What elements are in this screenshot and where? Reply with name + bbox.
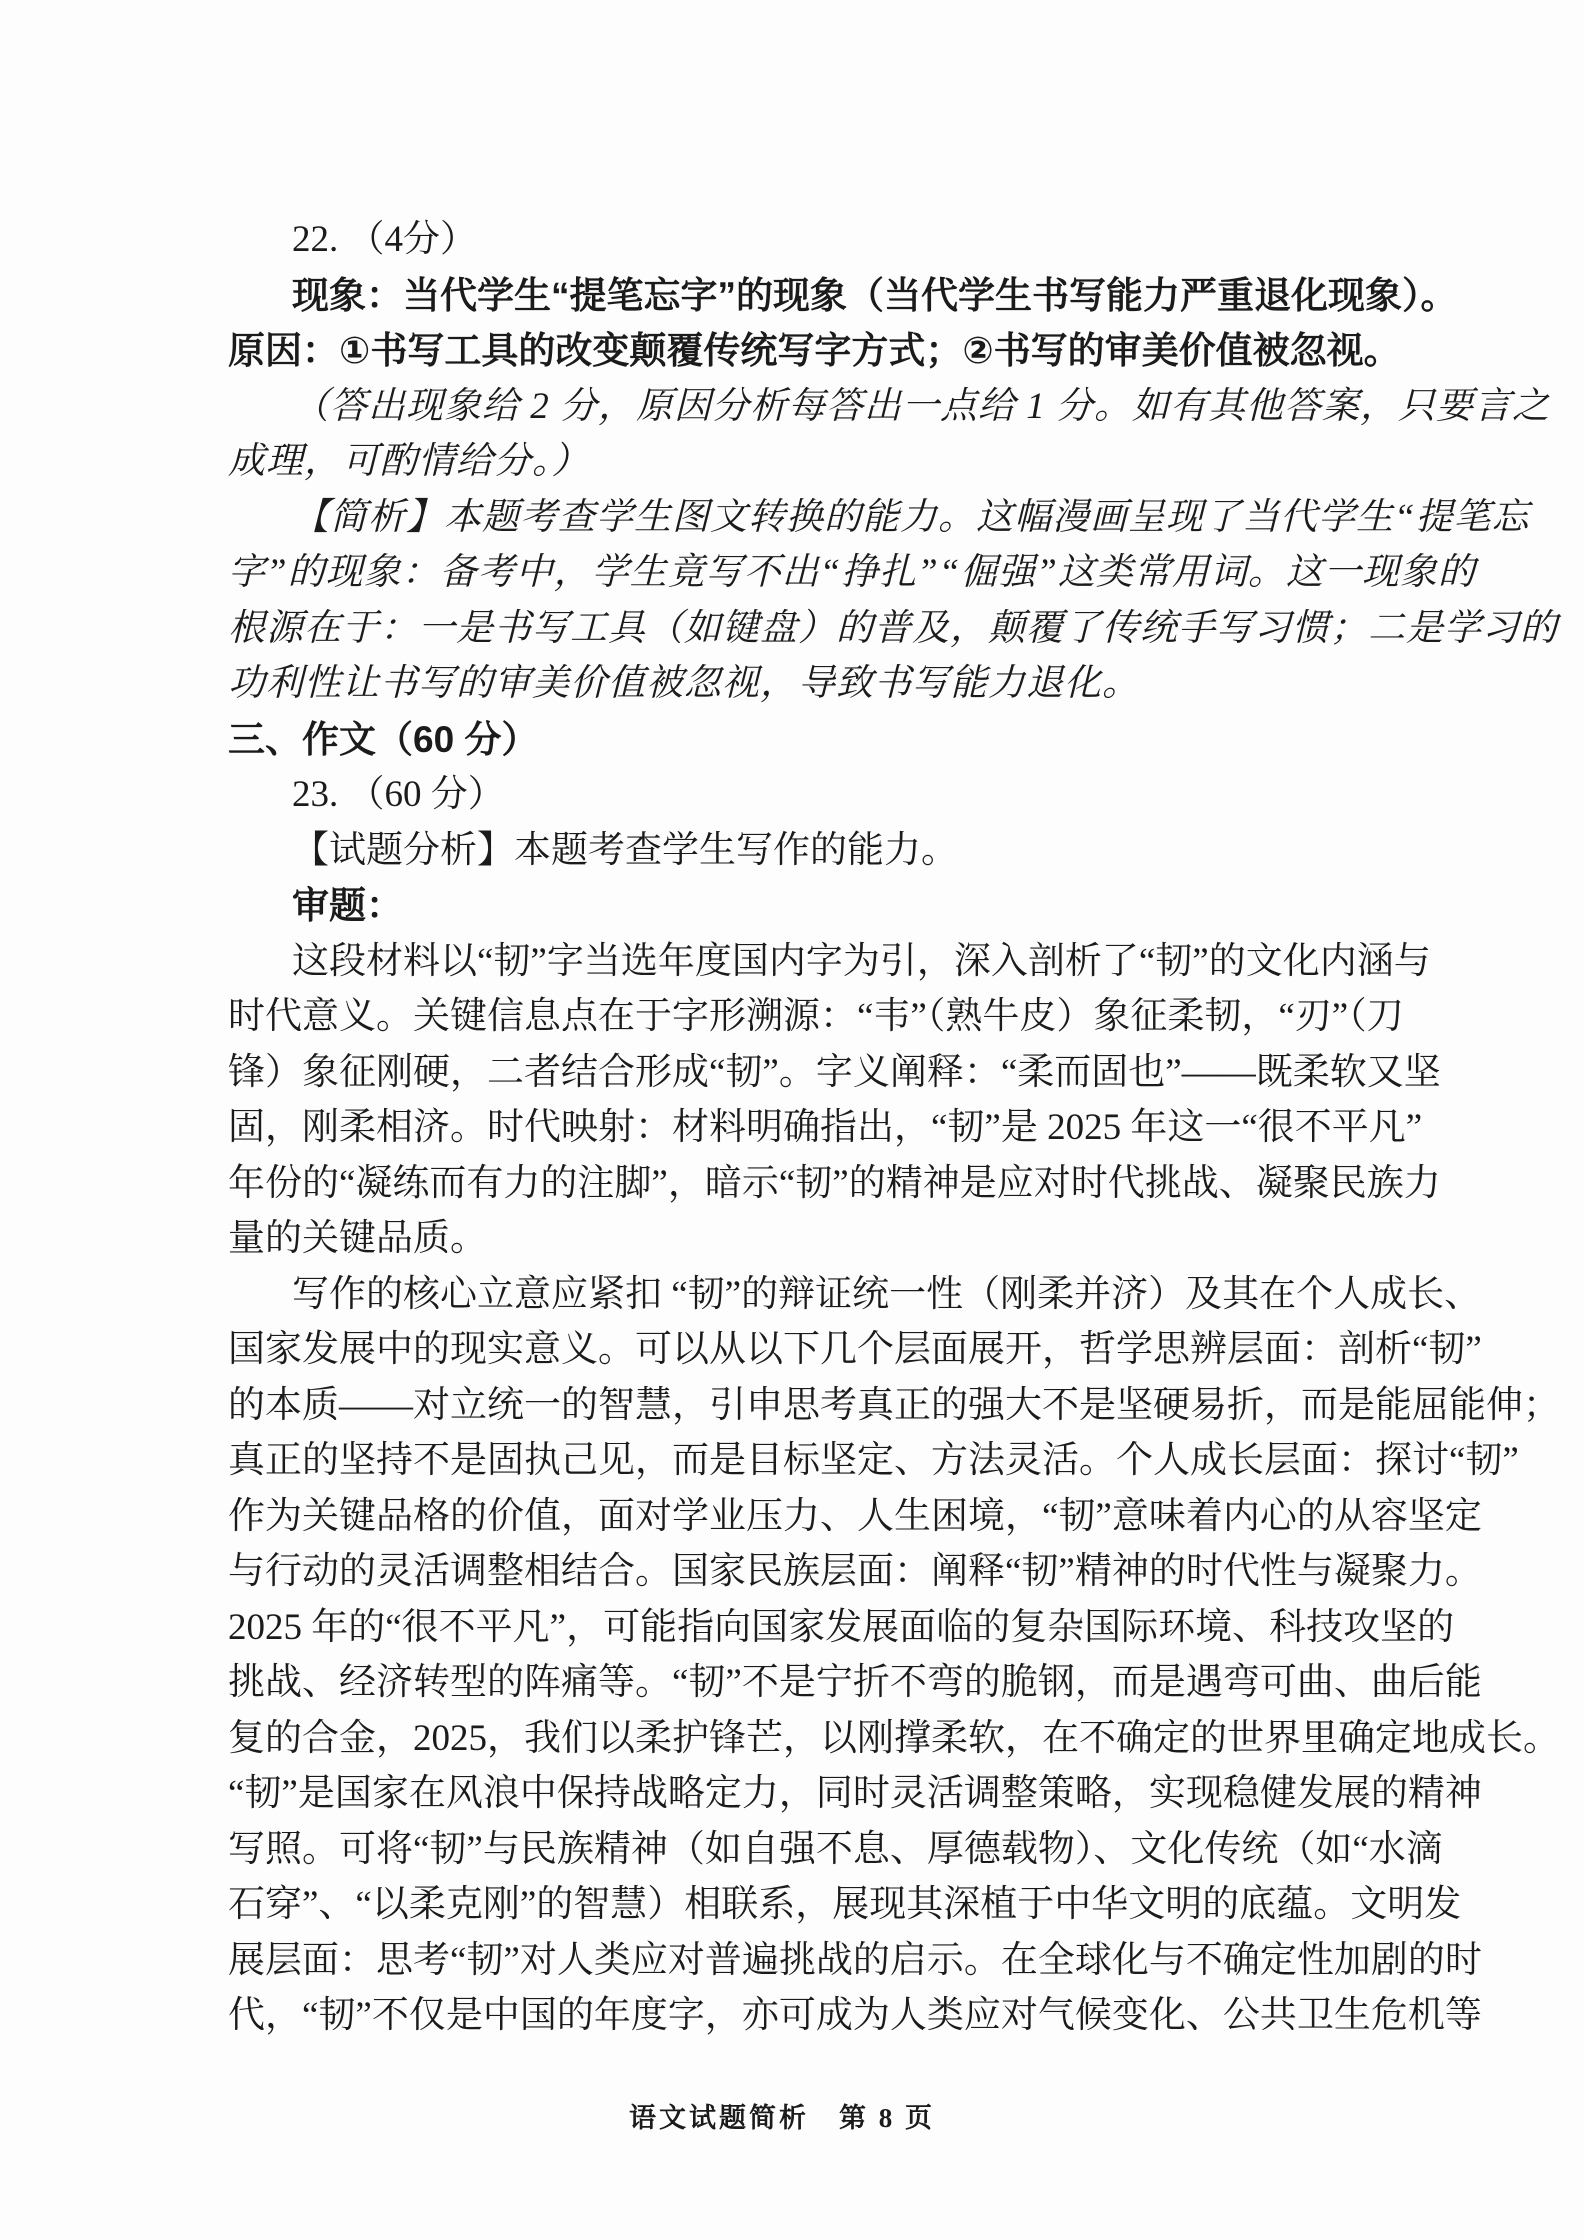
text-line: 时代意义。关键信息点在于字形溯源：“韦”（熟牛皮）象征柔韧，“刃”（刀	[228, 989, 1448, 1045]
text-line: 固，刚柔相济。时代映射：材料明确指出，“韧”是 2025 年这一“很不平凡”	[228, 1100, 1448, 1156]
text-line: 【简析】本题考查学生图文转换的能力。这幅漫画呈现了当代学生“提笔忘	[228, 490, 1448, 546]
text-line: 审题：	[228, 878, 1448, 934]
footer-text: 语文试题简析 第 8 页	[629, 2103, 935, 2133]
text-line: 真正的坚持不是固执己见，而是目标坚定、方法灵活。个人成长层面：探讨“韧”	[228, 1433, 1448, 1489]
text-line: 字”的现象：备考中，学生竟写不出“挣扎”“倔强”这类常用词。这一现象的	[228, 545, 1448, 601]
page-footer: 语文试题简析 第 8 页	[0, 2096, 1564, 2135]
text-line: 23. （60 分）	[228, 767, 1448, 823]
text-line: 2025 年的“很不平凡”，可能指向国家发展面临的复杂国际环境、科技攻坚的	[228, 1600, 1448, 1656]
text-line: 成理，可酌情给分。）	[228, 434, 1448, 490]
text-line: 22. （4分）	[228, 212, 1448, 268]
text-line: 功利性让书写的审美价值被忽视，导致书写能力退化。	[228, 656, 1448, 712]
text-line: 【试题分析】本题考查学生写作的能力。	[228, 823, 1448, 879]
text-line: 写照。可将“韧”与民族精神（如自强不息、厚德载物）、文化传统（如“水滴	[228, 1822, 1448, 1878]
text-line: 原因：①书写工具的改变颠覆传统写字方式；②书写的审美价值被忽视。	[228, 323, 1448, 379]
text-line: 挑战、经济转型的阵痛等。“韧”不是宁折不弯的脆钢，而是遇弯可曲、曲后能	[228, 1655, 1448, 1711]
text-line: （答出现象给 2 分，原因分析每答出一点给 1 分。如有其他答案，只要言之	[228, 379, 1448, 435]
text-line: 的本质——对立统一的智慧，引申思考真正的强大不是坚硬易折，而是能屈能伸；	[228, 1378, 1448, 1434]
text-line: 根源在于：一是书写工具（如键盘）的普及，颠覆了传统手写习惯；二是学习的	[228, 601, 1448, 657]
text-line: 作为关键品格的价值，面对学业压力、人生困境，“韧”意味着内心的从容坚定	[228, 1489, 1448, 1545]
text-line: 展层面：思考“韧”对人类应对普遍挑战的启示。在全球化与不确定性加剧的时	[228, 1933, 1448, 1989]
text-line: 复的合金，2025，我们以柔护锋芒，以刚撑柔软，在不确定的世界里确定地成长。	[228, 1711, 1448, 1767]
answer-text-block: 22. （4分）现象：当代学生“提笔忘字”的现象（当代学生书写能力严重退化现象）…	[228, 212, 1448, 2044]
text-line: 石穿”、“以柔克刚”的智慧）相联系，展现其深植于中华文明的底蕴。文明发	[228, 1877, 1448, 1933]
text-line: 国家发展中的现实意义。可以从以下几个层面展开，哲学思辨层面：剖析“韧”	[228, 1322, 1448, 1378]
text-line: 写作的核心立意应紧扣 “韧”的辩证统一性（刚柔并济）及其在个人成长、	[228, 1267, 1448, 1323]
text-line: 现象：当代学生“提笔忘字”的现象（当代学生书写能力严重退化现象）。	[228, 268, 1448, 324]
text-line: 年份的“凝练而有力的注脚”，暗示“韧”的精神是应对时代挑战、凝聚民族力	[228, 1156, 1448, 1212]
text-line: 这段材料以“韧”字当选年度国内字为引，深入剖析了“韧”的文化内涵与	[228, 934, 1448, 990]
exam-answer-page: 22. （4分）现象：当代学生“提笔忘字”的现象（当代学生书写能力严重退化现象）…	[0, 0, 1584, 2240]
text-line: 代，“韧”不仅是中国的年度字，亦可成为人类应对气候变化、公共卫生危机等	[228, 1988, 1448, 2044]
text-line: 三、作文（60 分）	[228, 712, 1448, 768]
text-line: 量的关键品质。	[228, 1211, 1448, 1267]
text-line: “韧”是国家在风浪中保持战略定力，同时灵活调整策略，实现稳健发展的精神	[228, 1766, 1448, 1822]
text-line: 与行动的灵活调整相结合。国家民族层面：阐释“韧”精神的时代性与凝聚力。	[228, 1544, 1448, 1600]
text-line: 锋）象征刚硬，二者结合形成“韧”。字义阐释：“柔而固也”——既柔软又坚	[228, 1045, 1448, 1101]
